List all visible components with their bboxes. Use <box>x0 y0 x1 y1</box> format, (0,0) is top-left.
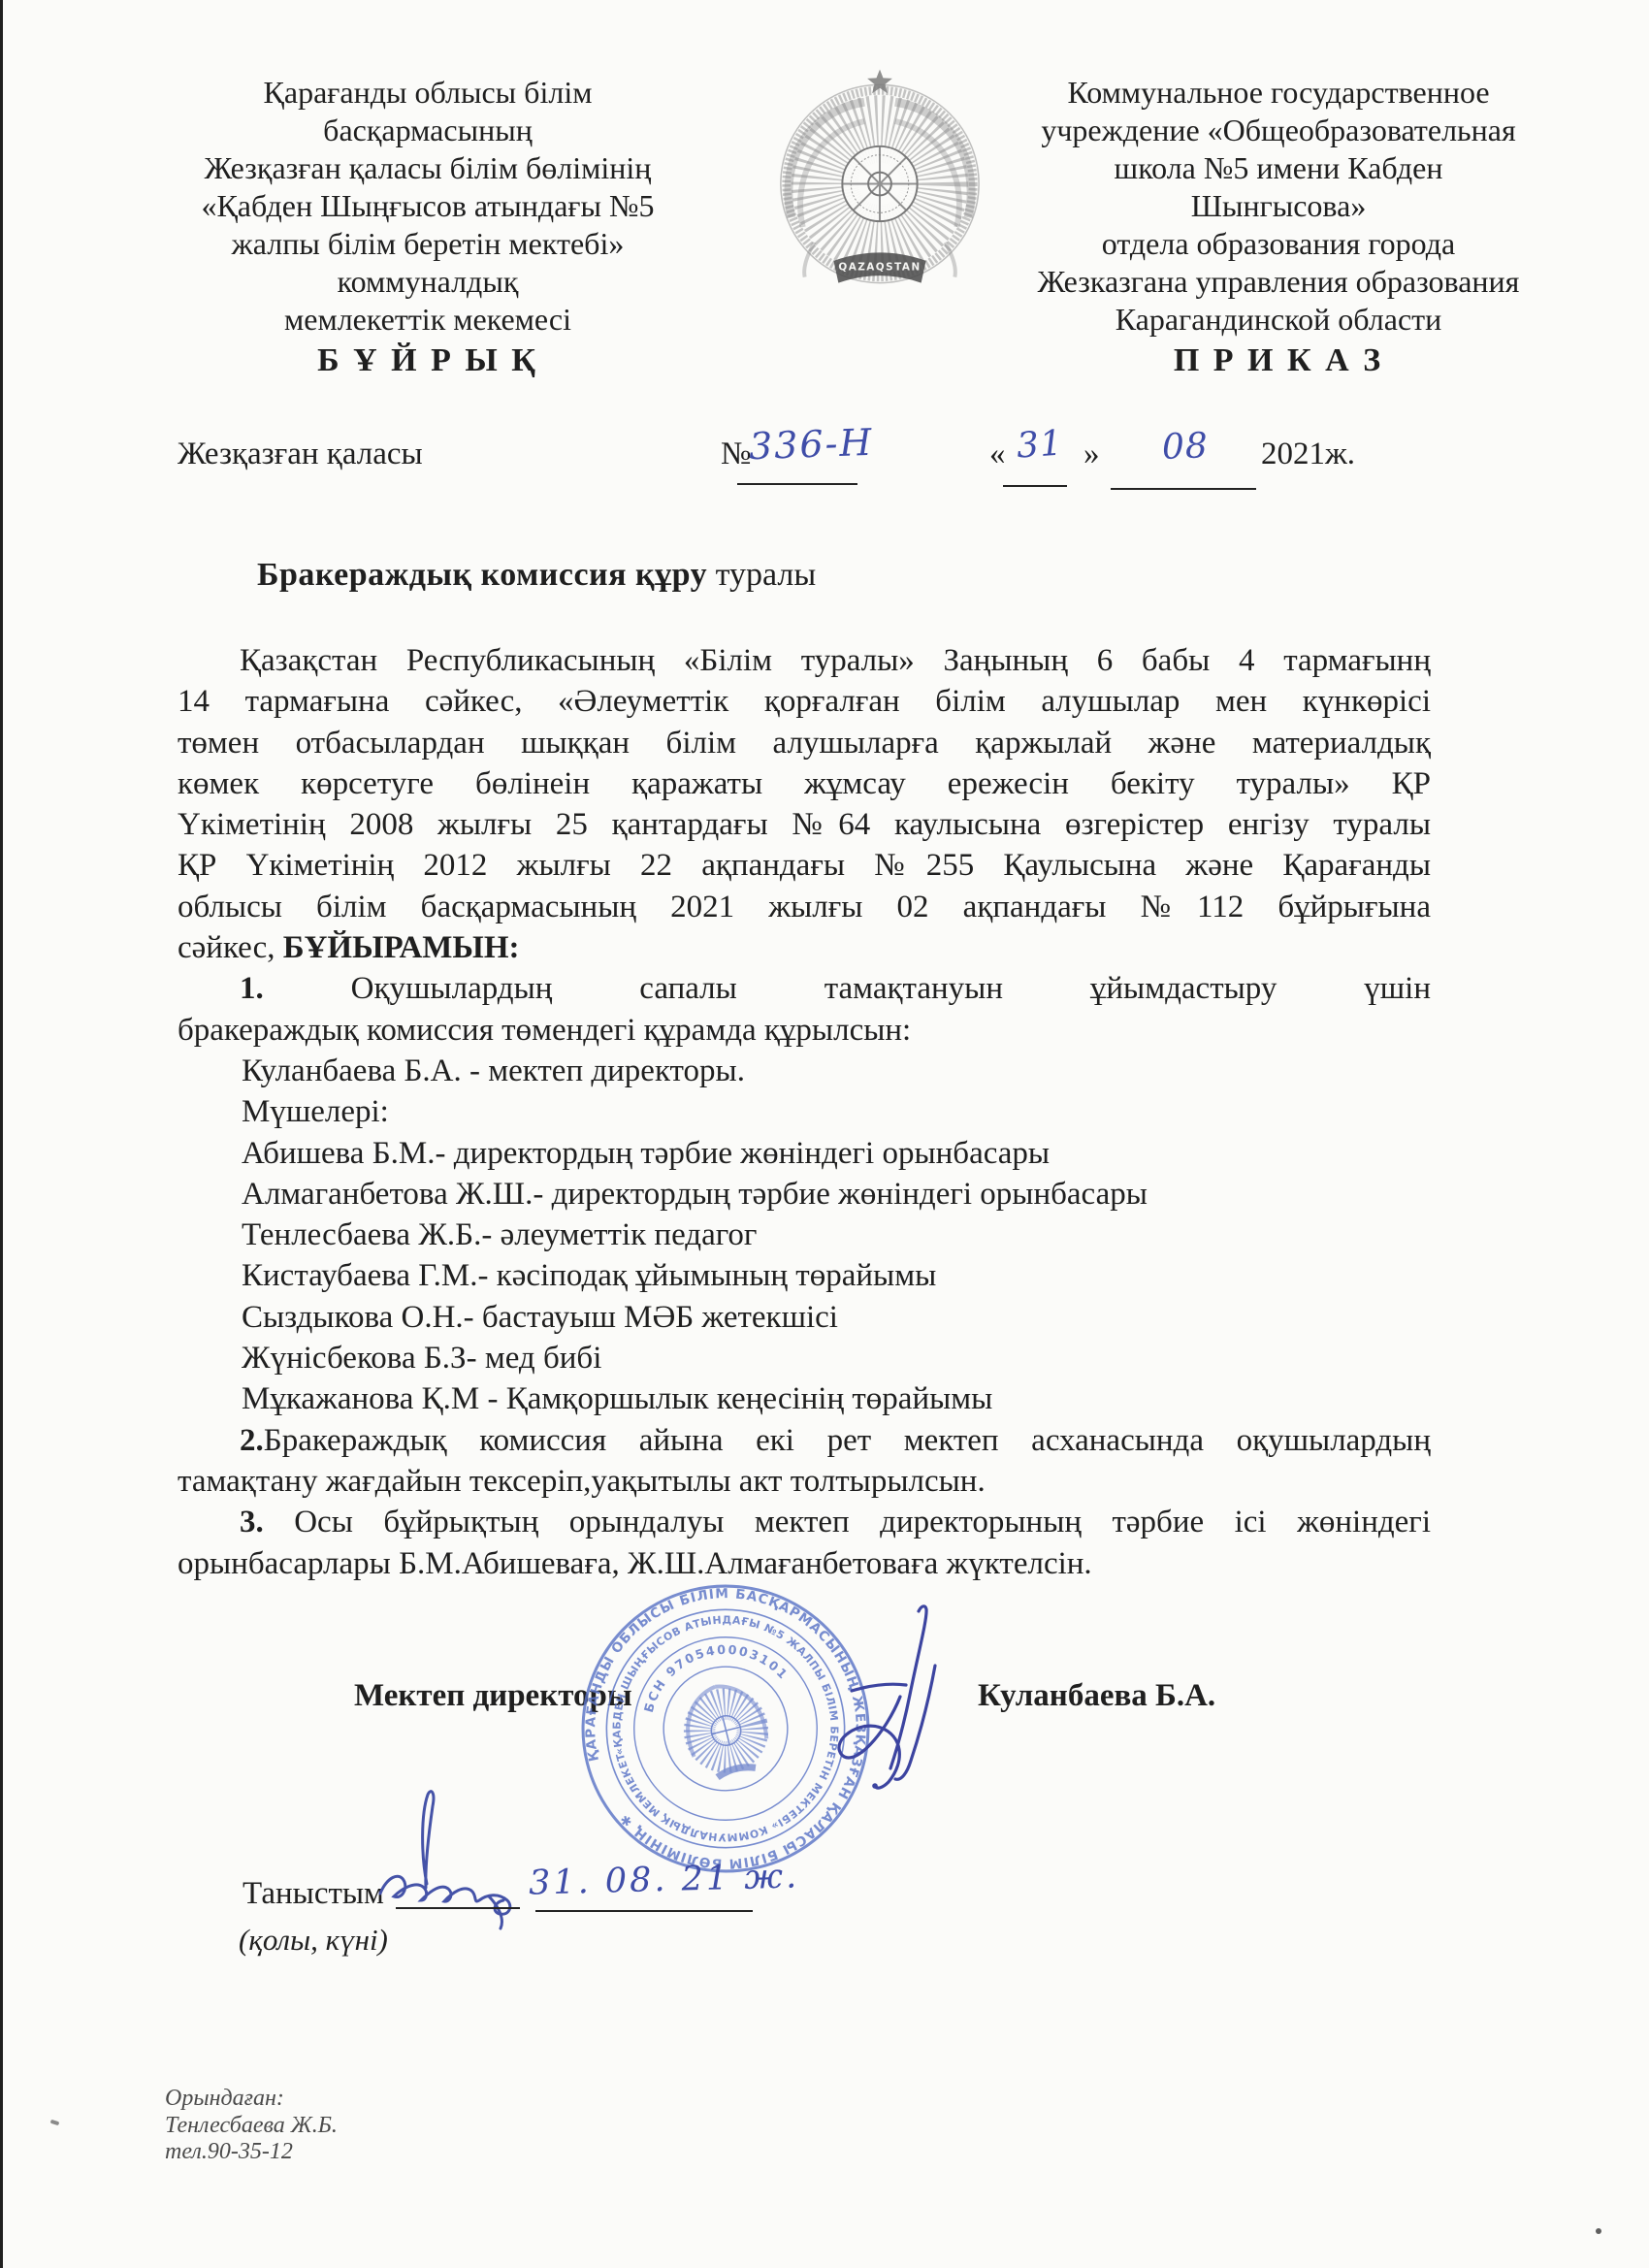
executor-name: Тенлесбаева Ж.Б. <box>165 2113 338 2140</box>
number-underline <box>737 483 857 485</box>
resolve-word: БҰЙЫРАМЫН: <box>283 930 520 965</box>
doc-type-kazakh: Б Ұ Й Р Ы Қ <box>153 341 702 379</box>
org-line: Жезказгана управления образования <box>997 263 1560 301</box>
member-item: Жүнісбекова Б.З- мед бибі <box>178 1338 1431 1378</box>
org-line: коммуналдық <box>153 263 702 301</box>
city-name: Жезқазған қаласы <box>178 437 423 472</box>
org-line: мемлекеттік мекемесі <box>153 301 702 339</box>
org-line: басқармасының <box>153 112 702 149</box>
preamble-line: Үкіметінің 2008 жылғы 25 қантардағы №64 … <box>178 804 1431 845</box>
member-item: Алмаганбетова Ж.Ш.- директордың тәрбие ж… <box>178 1174 1431 1215</box>
item3-line1: 3. Осы бұйрықтың орындалуы мектеп директ… <box>178 1502 1431 1542</box>
emblem-banner-text: QAZAQSTAN <box>838 262 921 274</box>
scan-edge-artifact <box>0 0 3 2268</box>
executor-label: Орындаған: <box>165 2086 338 2113</box>
executor-phone: тел.90-35-12 <box>165 2139 338 2166</box>
order-day-handwritten: 31 <box>1016 423 1065 466</box>
org-line: жалпы білім беретін мектебі» <box>153 225 702 263</box>
signature-caption: (қолы, күні) <box>239 1923 388 1958</box>
member-item: Абишева Б.М.- директордың тәрбие жөнінде… <box>178 1133 1431 1174</box>
order-number-handwritten: 336-Н <box>748 421 874 468</box>
preamble-line: 14 тармағына сәйкес, «Әлеуметтік қорғалғ… <box>178 681 1431 722</box>
org-name-russian: Коммунальное государственное учреждение … <box>997 74 1560 379</box>
order-subject: Бракераждық комиссия құру туралы <box>178 557 816 594</box>
member-item: Сыздыкова О.Н.- бастауыш МӘБ жетекшісі <box>178 1297 1431 1338</box>
member-item: Кистаубаева Г.М.- кәсіподақ ұйымының төр… <box>178 1255 1431 1296</box>
order-body: Қазақстан Республикасының «Білім туралы»… <box>178 640 1431 1584</box>
preamble-line: ҚР Үкіметінің 2012 жылғы 22 ақпандағы №2… <box>178 845 1431 886</box>
item3-number: 3. <box>240 1505 264 1539</box>
quote-close: » <box>1083 437 1100 472</box>
quote-open: « <box>989 437 1006 472</box>
item2-line1: 2.Бракераждық комиссия айына екі рет мек… <box>178 1420 1431 1461</box>
item2-line2: тамақтану жағдайын тексеріп,уақытылы акт… <box>178 1461 1431 1502</box>
item1-line1: 1. Оқушылардың сапалы тамақтануын ұйымда… <box>178 968 1431 1009</box>
item2-text: Бракераждық комиссия айына екі рет мекте… <box>264 1423 1431 1458</box>
preamble-tail: сәйкес, <box>178 930 275 965</box>
scan-speck <box>1596 2228 1601 2234</box>
scan-speck <box>50 2120 60 2126</box>
preamble-line: төмен отбасылардан шыққан білім алушылар… <box>178 723 1431 763</box>
acknowledgement-signature <box>372 1787 542 1934</box>
preamble-line: Қазақстан Республикасының «Білім туралы»… <box>178 640 1431 681</box>
item3-line2: орынбасарлары Б.М.Абишеваға, Ж.Ш.Алмаған… <box>178 1543 1431 1584</box>
order-month-handwritten: 08 <box>1161 426 1209 468</box>
subject-bold: Бракераждық комиссия құру <box>257 557 707 593</box>
item2-number: 2. <box>240 1423 264 1458</box>
org-line: Шынгысова» <box>997 187 1560 225</box>
director-signature <box>824 1596 955 1799</box>
day-underline <box>1003 485 1067 487</box>
acknowledgement-date-handwritten: 31. 08. 21 ж. <box>529 1857 800 1902</box>
preamble-line: көмек көрсетуге бөлінеін қаражаты жұмсау… <box>178 763 1431 804</box>
subject-tail: туралы <box>716 557 817 593</box>
preamble-line: облысы білім басқармасының 2021 жылғы 02… <box>178 887 1431 927</box>
org-line: Қарағанды облысы білім <box>153 74 702 112</box>
executor-block: Орындаған: Тенлесбаева Ж.Б. тел.90-35-12 <box>165 2086 338 2166</box>
signer-name: Куланбаева Б.А. <box>978 1678 1215 1714</box>
document-page: Қарағанды облысы білім басқармасының Жез… <box>0 0 1649 2268</box>
org-line: Жезқазған қаласы білім бөлімінің <box>153 149 702 187</box>
acknowledged-label: Таныстым <box>242 1876 384 1912</box>
commission-chair: Куланбаева Б.А. - мектеп директоры. <box>178 1051 1431 1091</box>
resolve-line: сәйкес, БҰЙЫРАМЫН: <box>178 927 1431 968</box>
stamp-center-emblem <box>678 1677 774 1782</box>
kazakhstan-coat-of-arms-icon: QAZAQSTAN <box>764 62 995 301</box>
item1-line2: бракераждық комиссия төмендегі құрамда қ… <box>178 1010 1431 1051</box>
org-line: школа №5 имени Кабден <box>997 149 1560 187</box>
signature-underline <box>396 1907 520 1909</box>
item3-text: Осы бұйрықтың орындалуы мектеп директоры… <box>294 1505 1431 1539</box>
member-item: Тенлесбаева Ж.Б.- әлеуметтік педагог <box>178 1215 1431 1255</box>
org-line: учреждение «Общеобразовательная <box>997 112 1560 149</box>
members-label: Мүшелері: <box>178 1091 1431 1132</box>
org-line: Коммунальное государственное <box>997 74 1560 112</box>
item1-number: 1. <box>240 971 264 1006</box>
month-underline <box>1111 488 1256 490</box>
org-line: «Қабден Шыңғысов атындағы №5 <box>153 187 702 225</box>
emblem-shanyrak <box>842 146 917 221</box>
order-number-row: Жезқазған қаласы № 336-Н « 31 » 08 2021ж… <box>0 437 1649 514</box>
org-line: Карагандинской области <box>997 301 1560 339</box>
org-line: отдела образования города <box>997 225 1560 263</box>
date-underline <box>535 1910 753 1912</box>
member-item: Мұкажанова Қ.М - Қамқоршылык кеңесінің т… <box>178 1378 1431 1419</box>
year-label: 2021ж. <box>1261 437 1355 472</box>
org-name-kazakh: Қарағанды облысы білім басқармасының Жез… <box>153 74 702 379</box>
number-sign-label: № <box>721 437 752 472</box>
item1-text: Оқушылардың сапалы тамақтануын ұйымдасты… <box>351 971 1431 1006</box>
doc-type-russian: П Р И К А З <box>997 341 1560 379</box>
